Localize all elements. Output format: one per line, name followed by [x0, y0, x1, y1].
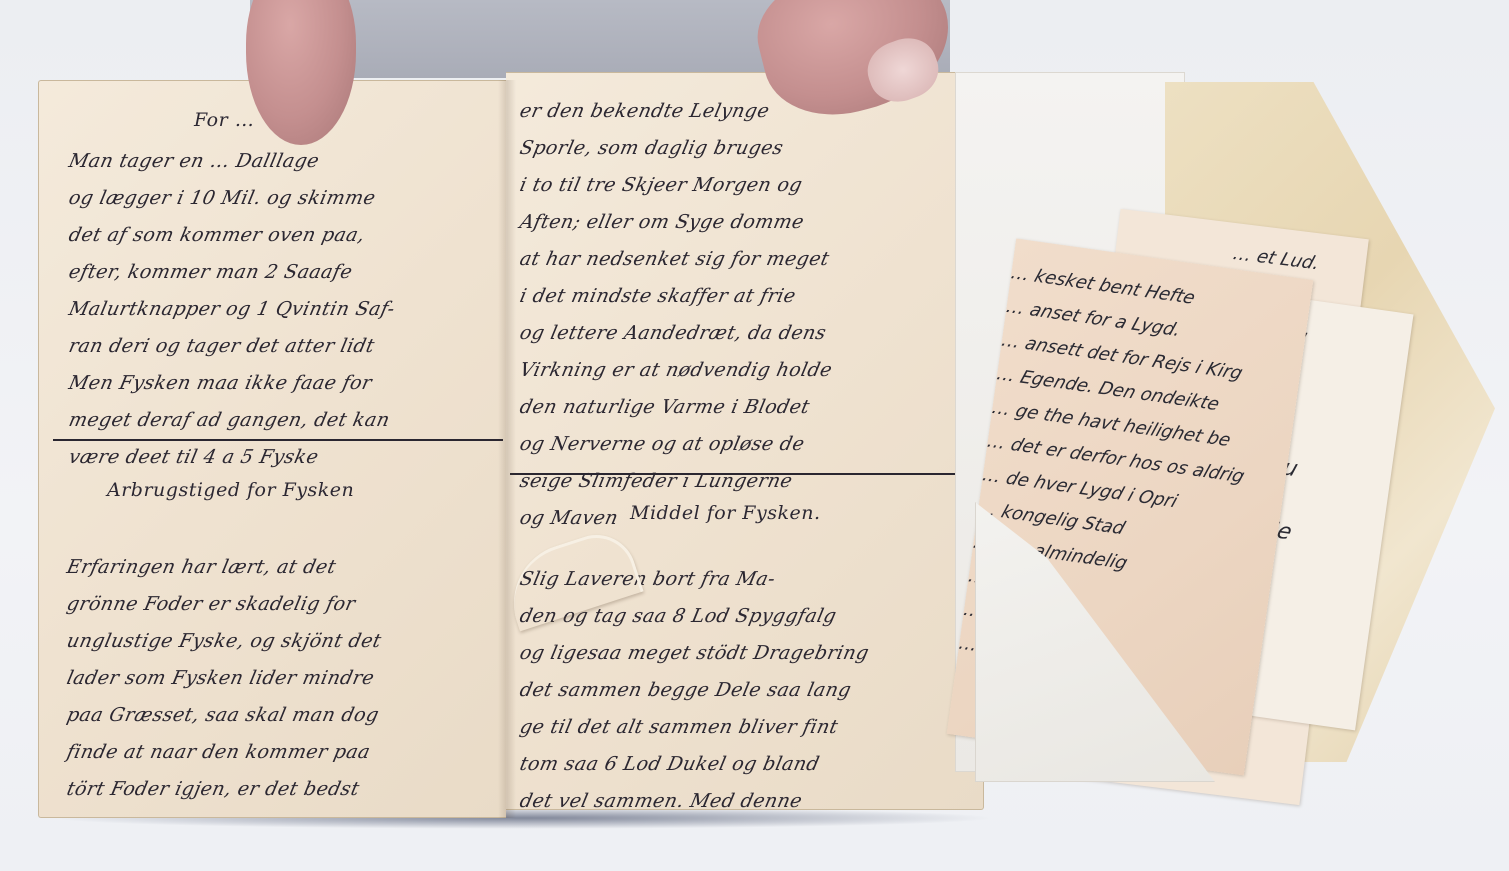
text-line: den naturlige Varme i Blodet — [516, 389, 984, 426]
text-line: er den bekendte Lelynge — [516, 93, 984, 130]
text-line: tört Foder igjen, er det bedst — [63, 771, 506, 808]
text-line: i det mindste skaffer at frie — [516, 278, 984, 315]
text-line: unglustige Fyske, og skjönt det — [63, 623, 506, 660]
open-notebook: For … ”ke Man tager en … Dalllage og læg… — [38, 72, 986, 832]
section-divider — [510, 473, 960, 475]
text-line: at har nedsenket sig for meget — [516, 241, 984, 278]
text-line: Men Fysken maa ikke faae for — [65, 365, 506, 402]
left-bottom-title: Arbrugstiged for Fysken — [67, 479, 506, 549]
text-line: ran deri og tager det atter lidt — [65, 328, 506, 365]
text-line: Virkning er at nødvendig holde — [516, 352, 984, 389]
text-line: og ligesaa meget stödt Dragebring — [516, 635, 984, 672]
text-line: være deet til 4 a 5 Fyske — [65, 439, 506, 476]
text-line: Aften; eller om Syge domme — [516, 204, 984, 241]
text-line: og Nerverne og at opløse de — [516, 426, 984, 463]
text-line: i to til tre Skjeer Morgen og — [516, 167, 984, 204]
text-line: lader som Fysken lider mindre — [63, 660, 506, 697]
opened-envelope: … et Lud. … d Hi Wu Ue … kesket bent Hef… — [955, 72, 1475, 782]
text-line: Man tager en … Dalllage — [65, 143, 506, 180]
text-line: bleven mere. Det bedste Middel — [63, 808, 506, 818]
section-divider — [53, 439, 503, 441]
text-line: paa Græsset, saa skal man dog — [63, 697, 506, 734]
text-line: efter, kommer man 2 Saaafe — [65, 254, 506, 291]
text-line: grönne Foder er skadelig for — [63, 586, 506, 623]
left-top-section: For … ”ke Man tager en … Dalllage og læg… — [69, 109, 506, 476]
text-line: og lettere Aandedræt, da dens — [516, 315, 984, 352]
text-line: det vel sammen. Med denne — [516, 783, 984, 810]
left-page: For … ”ke Man tager en … Dalllage og læg… — [38, 80, 506, 818]
text-line: tom saa 6 Lod Dukel og bland — [516, 746, 984, 783]
left-bottom-section: Arbrugstiged for Fysken Erfaringen har l… — [67, 479, 506, 818]
notebook-gutter — [498, 80, 516, 818]
text-line: finde at naar den kommer paa — [63, 734, 506, 771]
right-page: er den bekendte Lelynge Sporle, som dagl… — [506, 72, 984, 810]
text-line: ge til det alt sammen bliver fint — [516, 709, 984, 746]
text-line: Erfaringen har lært, at det — [63, 549, 506, 586]
text-line: Malurtknapper og 1 Qvintin Saf- — [65, 291, 506, 328]
text-line: det af som kommer oven paa, — [65, 217, 506, 254]
right-top-section: er den bekendte Lelynge Sporle, som dagl… — [520, 93, 980, 537]
text-line: og lægger i 10 Mil. og skimme — [65, 180, 506, 217]
photo-scene: For … ”ke Man tager en … Dalllage og læg… — [0, 0, 1509, 871]
text-line: det sammen begge Dele saa lang — [516, 672, 984, 709]
text-line: Sporle, som daglig bruges — [516, 130, 984, 167]
text-line: meget deraf ad gangen, det kan — [65, 402, 506, 439]
